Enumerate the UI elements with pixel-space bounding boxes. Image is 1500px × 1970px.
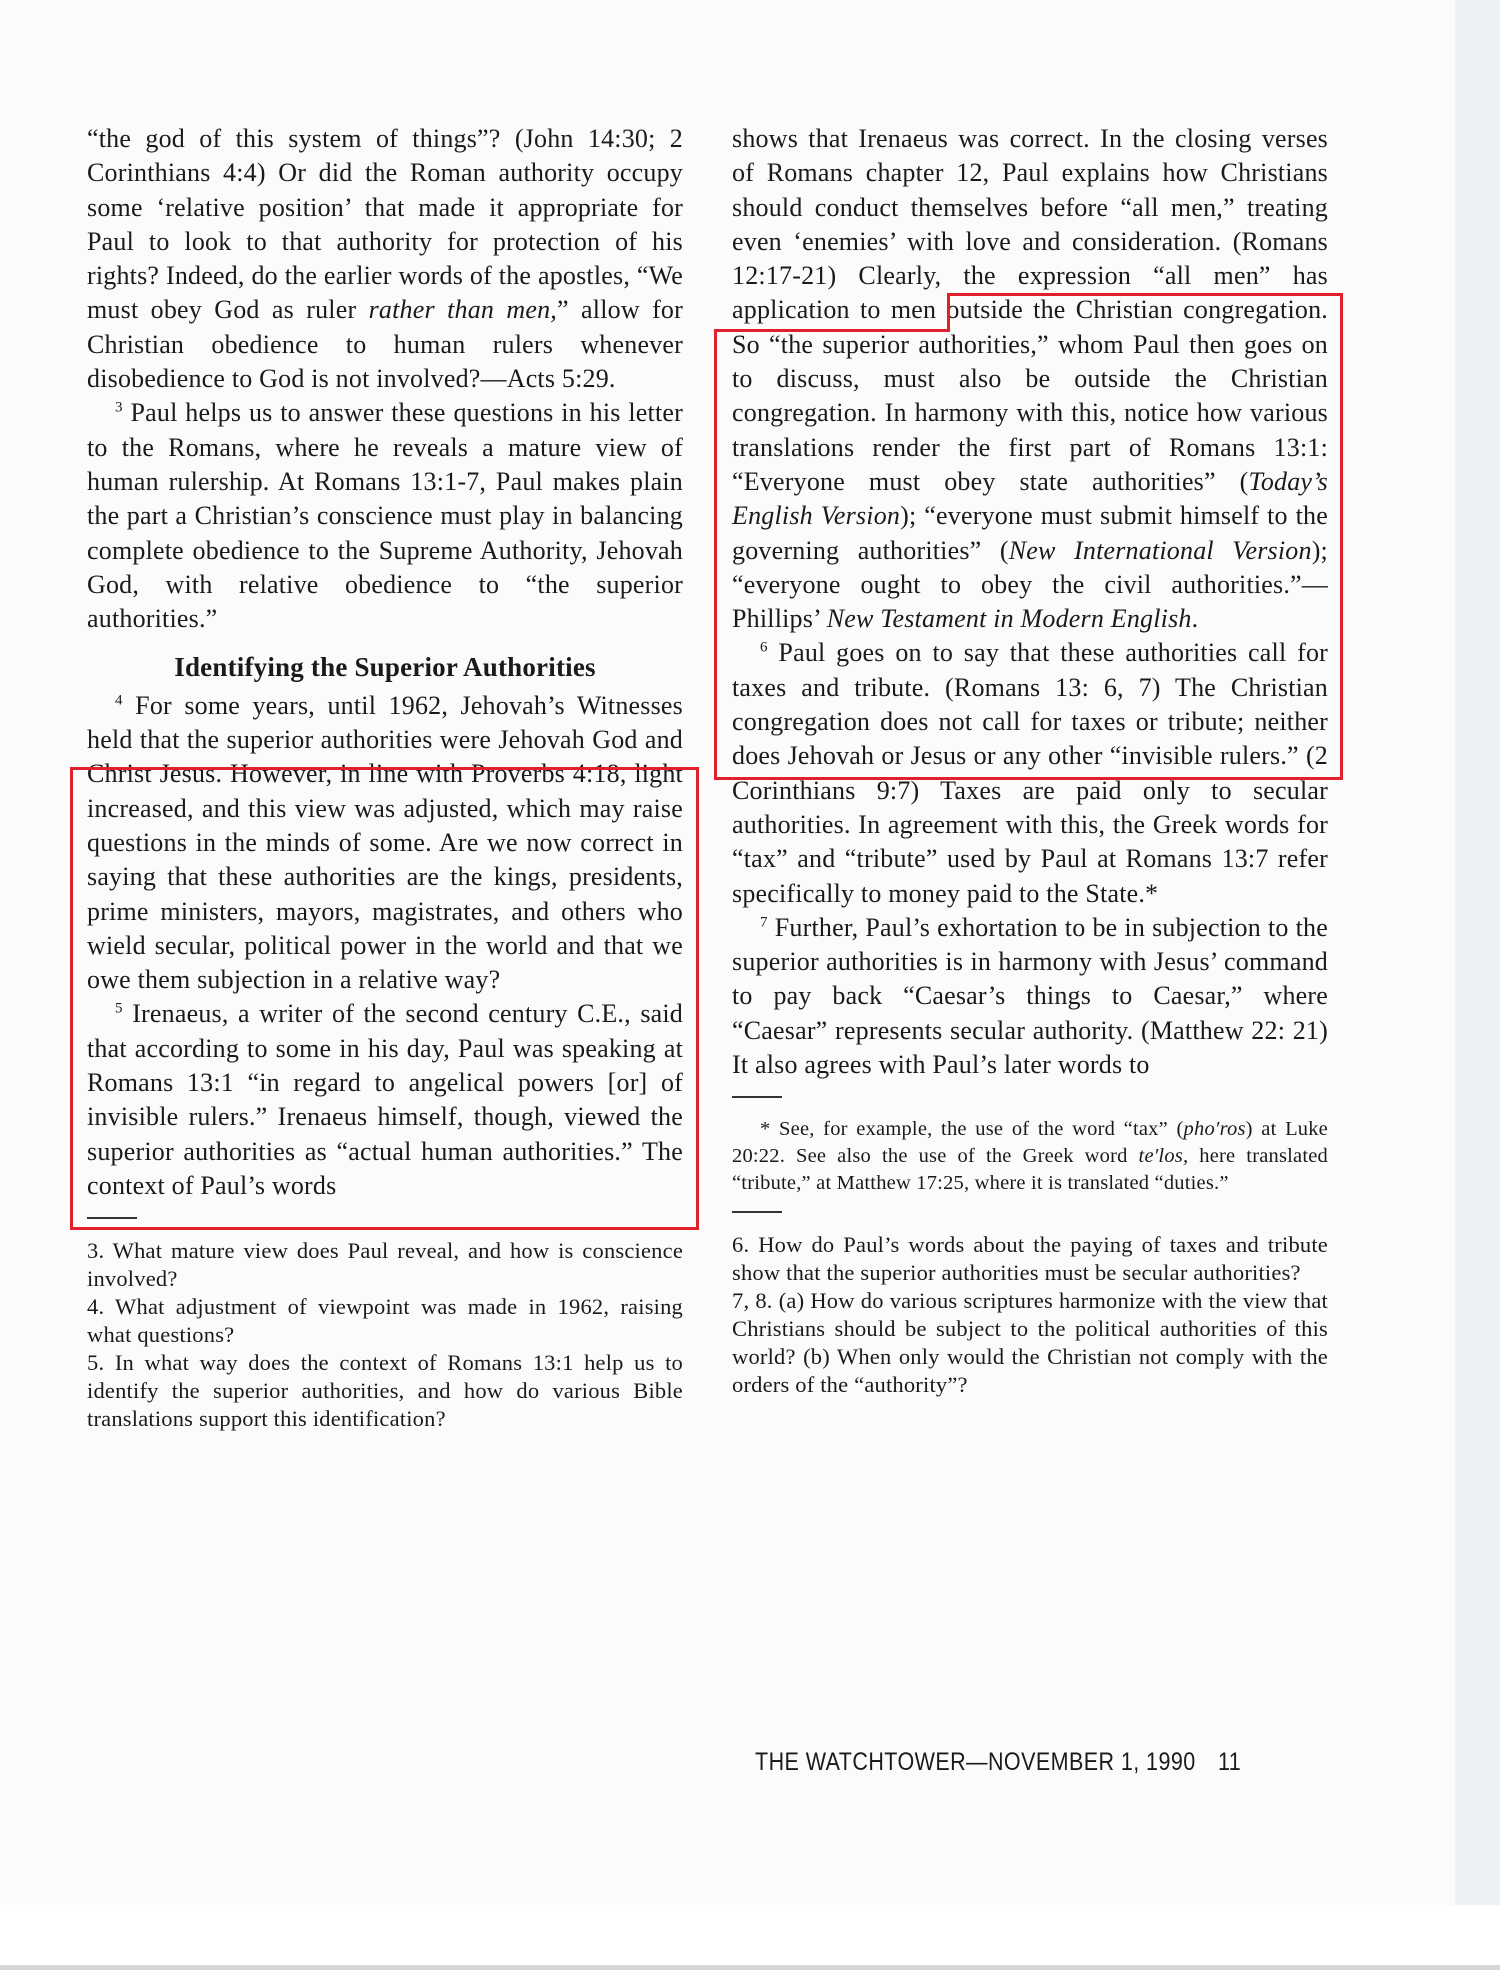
paragraph-5: 5 Irenaeus, a writer of the second centu… bbox=[87, 997, 683, 1203]
magazine-page: “the god of this system of things”? (Joh… bbox=[0, 0, 1455, 1905]
paragraph-2-continuation: “the god of this system of things”? (Joh… bbox=[87, 122, 683, 396]
divider bbox=[87, 1217, 137, 1219]
divider bbox=[732, 1096, 782, 1098]
divider bbox=[732, 1211, 782, 1213]
paragraph-6: 6 Paul goes on to say that these authori… bbox=[732, 636, 1328, 910]
paragraph-4: 4 For some years, until 1962, Jehovah’s … bbox=[87, 689, 683, 998]
paragraph-number: 3 bbox=[115, 400, 123, 416]
right-column: shows that Irenaeus was correct. In the … bbox=[732, 122, 1328, 1399]
question-item: 4. What adjustment of viewpoint was made… bbox=[87, 1293, 683, 1349]
publication-line: THE WATCHTOWER—NOVEMBER 1, 1990 bbox=[755, 1748, 1196, 1776]
paragraph-7: 7 Further, Paul’s exhortation to be in s… bbox=[732, 911, 1328, 1082]
left-column: “the god of this system of things”? (Joh… bbox=[87, 122, 683, 1433]
bottom-border bbox=[0, 1965, 1500, 1970]
page-edge-strip bbox=[1455, 0, 1500, 1905]
paragraph-5-continuation: shows that Irenaeus was correct. In the … bbox=[732, 122, 1328, 636]
paragraph-number: 7 bbox=[760, 914, 768, 930]
page-number: 11 bbox=[1218, 1748, 1241, 1776]
paragraph-number: 5 bbox=[115, 1001, 123, 1017]
question-item: 7, 8. (a) How do various scriptures harm… bbox=[732, 1287, 1328, 1399]
study-questions: 6. How do Paul’s words about the paying … bbox=[732, 1231, 1328, 1399]
paragraph-number: 6 bbox=[760, 640, 768, 656]
study-questions: 3. What mature view does Paul reveal, an… bbox=[87, 1237, 683, 1433]
question-item: 6. How do Paul’s words about the paying … bbox=[732, 1231, 1328, 1287]
question-item: 5. In what way does the context of Roman… bbox=[87, 1349, 683, 1433]
footnote: * See, for example, the use of the word … bbox=[732, 1116, 1328, 1197]
section-subheading: Identifying the Superior Authorities bbox=[87, 650, 683, 684]
highlight-box-right-step bbox=[714, 329, 950, 332]
paragraph-number: 4 bbox=[115, 692, 123, 708]
paragraph-3: 3 Paul helps us to answer these question… bbox=[87, 396, 683, 636]
page-footer: THE WATCHTOWER—NOVEMBER 1, 199011 bbox=[755, 1748, 1241, 1777]
question-item: 3. What mature view does Paul reveal, an… bbox=[87, 1237, 683, 1293]
